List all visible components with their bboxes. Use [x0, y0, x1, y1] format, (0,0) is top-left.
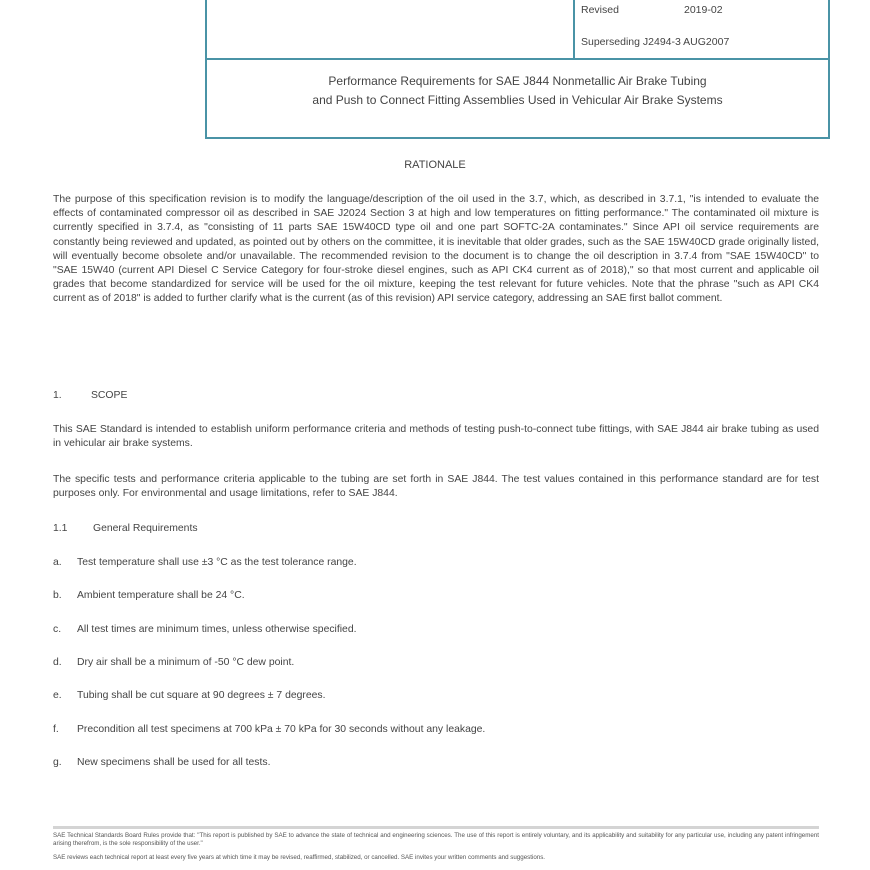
item-letter: e. — [53, 690, 77, 701]
section-number: 1.1 — [53, 523, 93, 534]
section-title: SCOPE — [91, 390, 127, 401]
item-letter: f. — [53, 724, 77, 735]
list-item: e.Tubing shall be cut square at 90 degre… — [53, 690, 326, 701]
item-letter: g. — [53, 757, 77, 768]
item-text: New specimens shall be used for all test… — [77, 757, 270, 768]
list-item: g.New specimens shall be used for all te… — [53, 757, 270, 768]
meta-value: J2494-3 AUG2007 — [643, 36, 729, 48]
item-text: All test times are minimum times, unless… — [77, 624, 357, 635]
scope-paragraph: The specific tests and performance crite… — [53, 473, 819, 501]
list-item: f.Precondition all test specimens at 700… — [53, 724, 485, 735]
document-header-box: Revised2019-02 Superseding J2494-3 AUG20… — [205, 0, 830, 139]
footer-notice: SAE Technical Standards Board Rules prov… — [53, 832, 819, 848]
section-number: 1. — [53, 390, 91, 401]
rationale-paragraph: The purpose of this specification revisi… — [53, 193, 819, 307]
item-text: Precondition all test specimens at 700 k… — [77, 724, 485, 735]
rationale-heading: RATIONALE — [0, 159, 870, 171]
list-item: d.Dry air shall be a minimum of -50 °C d… — [53, 657, 294, 668]
footer-notice: SAE reviews each technical report at lea… — [53, 854, 819, 862]
header-divider — [573, 0, 575, 58]
section-title: General Requirements — [93, 523, 198, 534]
meta-value: 2019-02 — [684, 4, 723, 16]
list-item: b.Ambient temperature shall be 24 °C. — [53, 590, 245, 601]
footer-rule — [53, 826, 819, 829]
item-text: Ambient temperature shall be 24 °C. — [77, 590, 245, 601]
meta-revised: Revised2019-02 — [581, 4, 723, 16]
section-general-heading: 1.1General Requirements — [53, 523, 198, 534]
title-line: Performance Requirements for SAE J844 No… — [207, 72, 828, 91]
meta-label: Revised — [581, 4, 684, 16]
item-text: Tubing shall be cut square at 90 degrees… — [77, 690, 326, 701]
item-text: Dry air shall be a minimum of -50 °C dew… — [77, 657, 294, 668]
item-letter: a. — [53, 557, 77, 568]
item-letter: c. — [53, 624, 77, 635]
item-text: Test temperature shall use ±3 °C as the … — [77, 557, 357, 568]
item-letter: b. — [53, 590, 77, 601]
document-title: Performance Requirements for SAE J844 No… — [207, 72, 828, 110]
scope-paragraph: This SAE Standard is intended to establi… — [53, 423, 819, 451]
meta-label: Superseding — [581, 36, 640, 48]
header-top-section — [207, 0, 828, 60]
title-line: and Push to Connect Fitting Assemblies U… — [207, 91, 828, 110]
section-scope-heading: 1.SCOPE — [53, 390, 127, 401]
meta-superseding: Superseding J2494-3 AUG2007 — [581, 36, 729, 48]
item-letter: d. — [53, 657, 77, 668]
list-item: c.All test times are minimum times, unle… — [53, 624, 357, 635]
list-item: a.Test temperature shall use ±3 °C as th… — [53, 557, 357, 568]
